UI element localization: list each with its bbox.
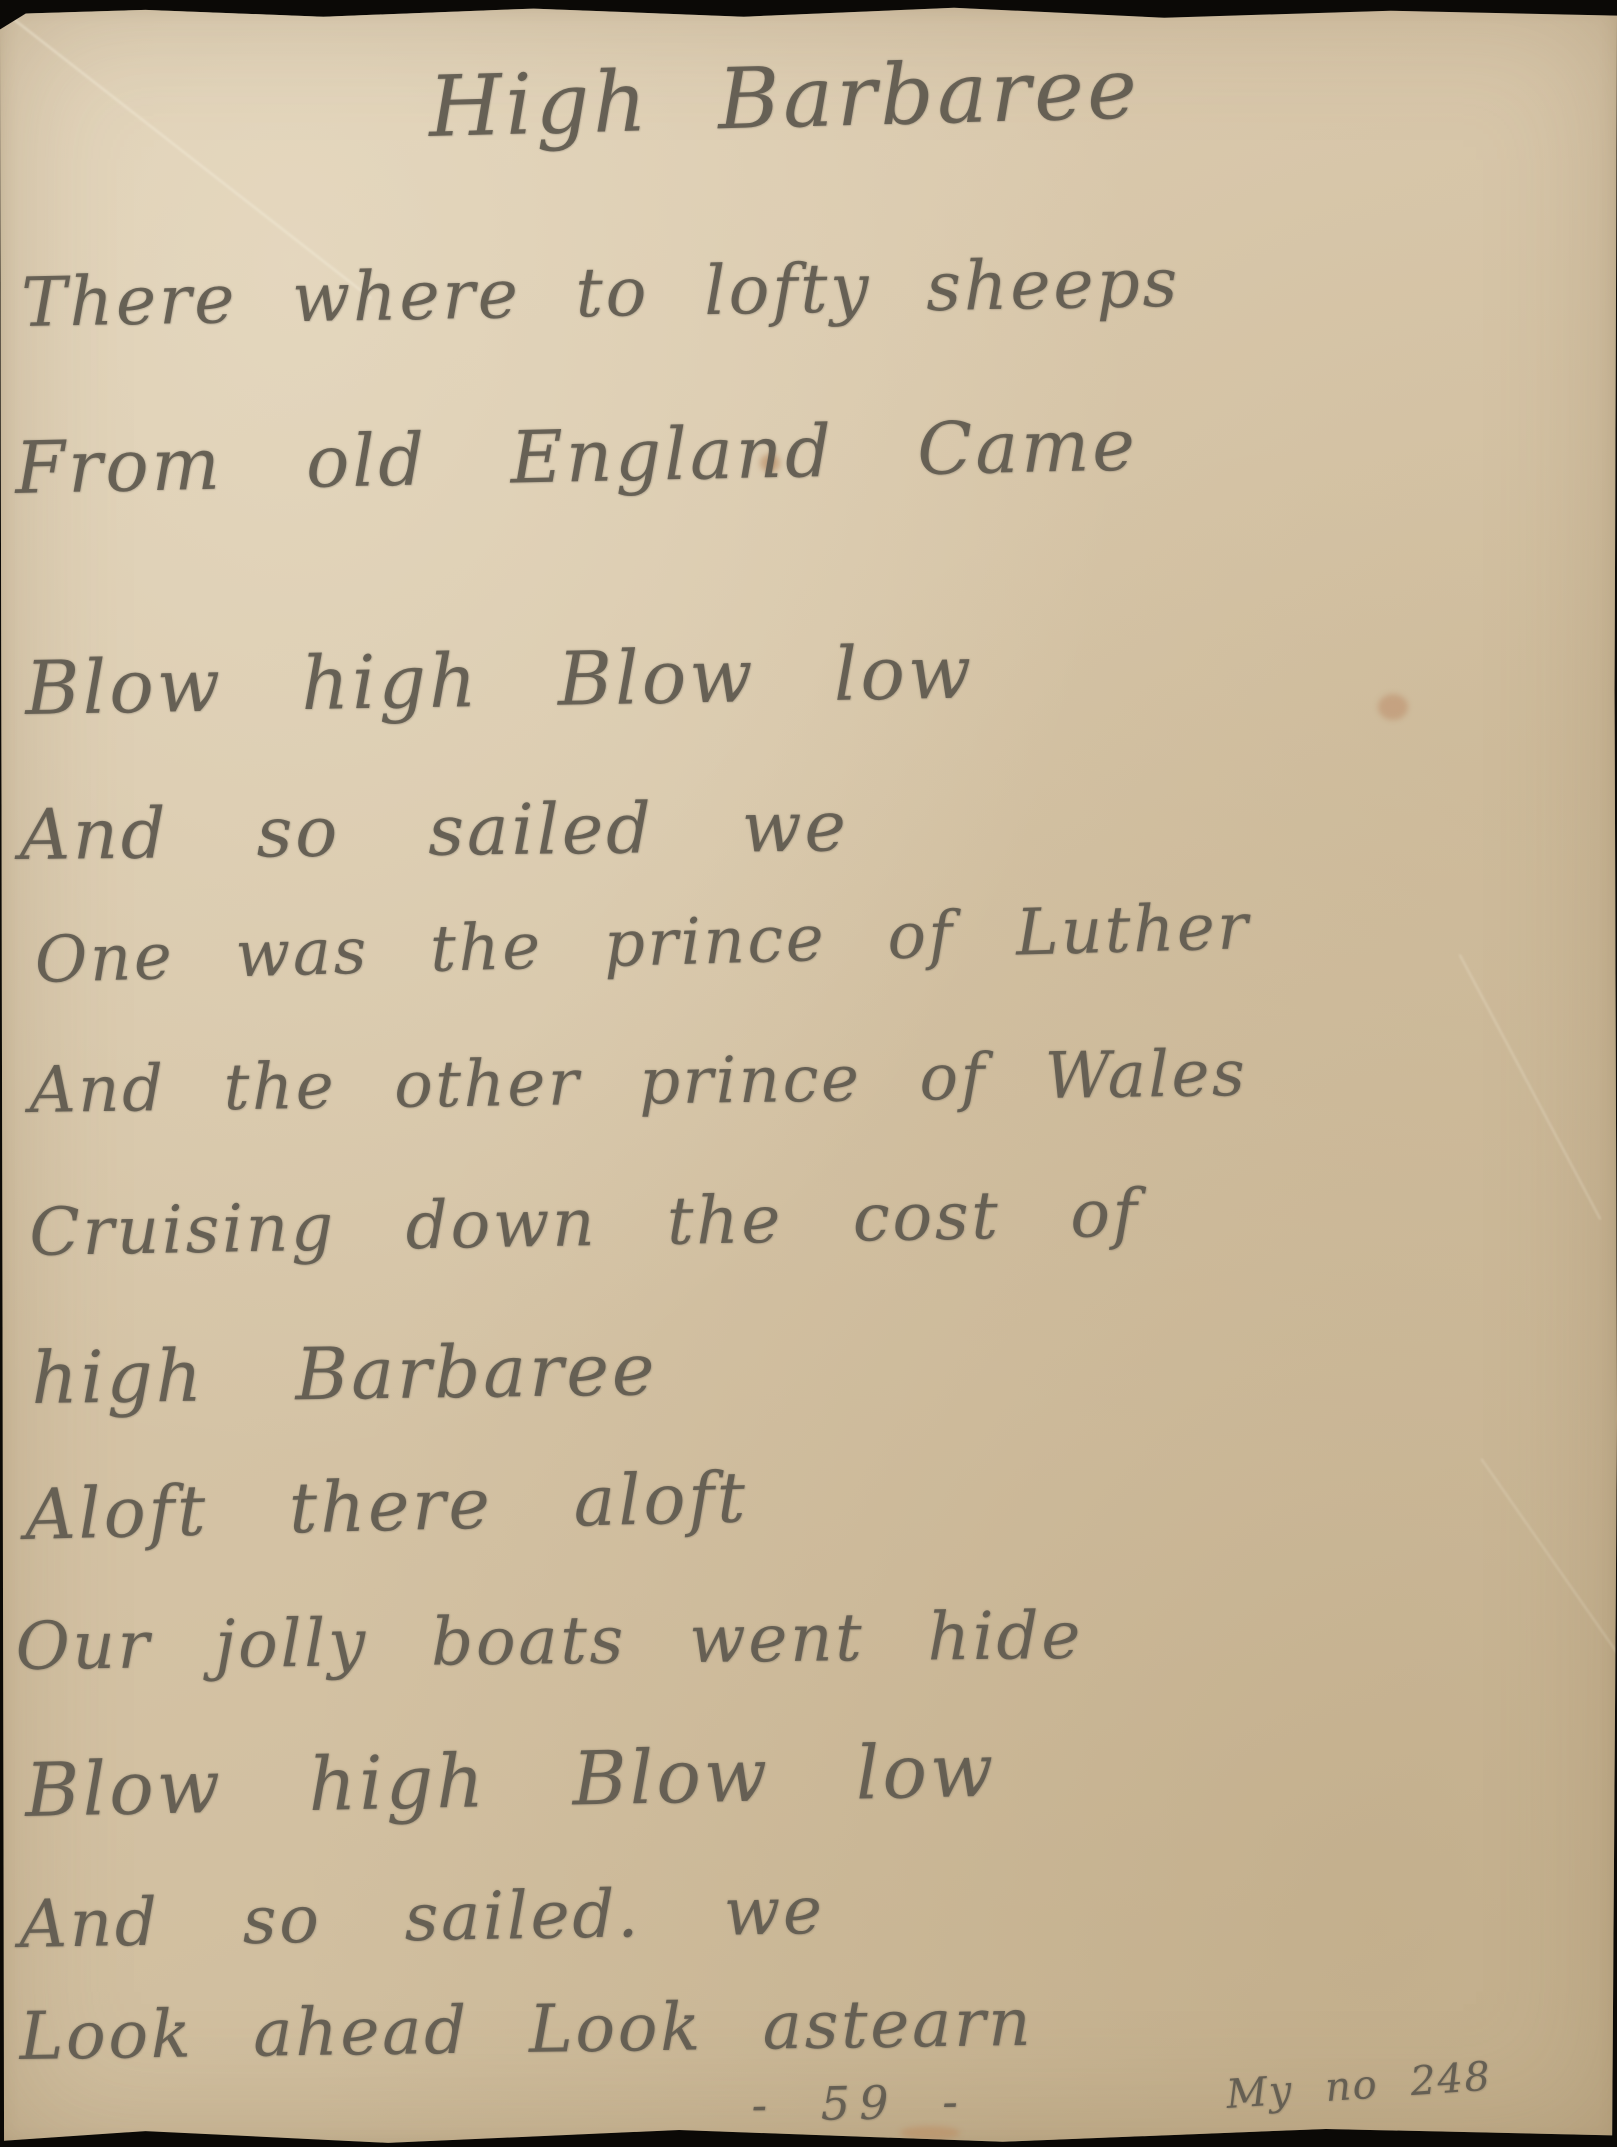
lyric-line: One was the prince of Luther [34,890,1251,998]
lyric-line: high Barbaree [31,1327,658,1420]
scanned-manuscript: High Barbaree There where to lofty sheep… [0,0,1617,2147]
lyric-line: Our jolly boats went hide [15,1597,1083,1685]
lyric-line: Blow high Blow low [24,1728,997,1834]
catalog-annotation: My no 248 [1225,2054,1493,2118]
lyric-line: Aloft there aloft [24,1456,749,1556]
paper-crease [8,15,372,300]
lyric-line: There where to lofty sheeps [21,244,1181,343]
page-number: - 59 - [751,2074,967,2132]
lyric-line: From old England Came [14,403,1138,510]
handwritten-title: High Barbaree [427,39,1141,156]
paper-stain [1378,694,1408,720]
lyric-line: Look ahead Look astearn [19,1984,1034,2075]
paper-crease [1480,1458,1617,1656]
lyric-line: Cruising down the cost of [29,1175,1141,1271]
lyric-line: And so sailed. we [19,1872,826,1963]
paper-crease [1459,954,1602,1220]
lyric-line: And so sailed we [19,785,849,876]
manuscript-page: High Barbaree There where to lofty sheep… [0,6,1617,2145]
lyric-line: And the other prince of Wales [29,1037,1248,1128]
lyric-line: Blow high Blow low [24,629,974,732]
